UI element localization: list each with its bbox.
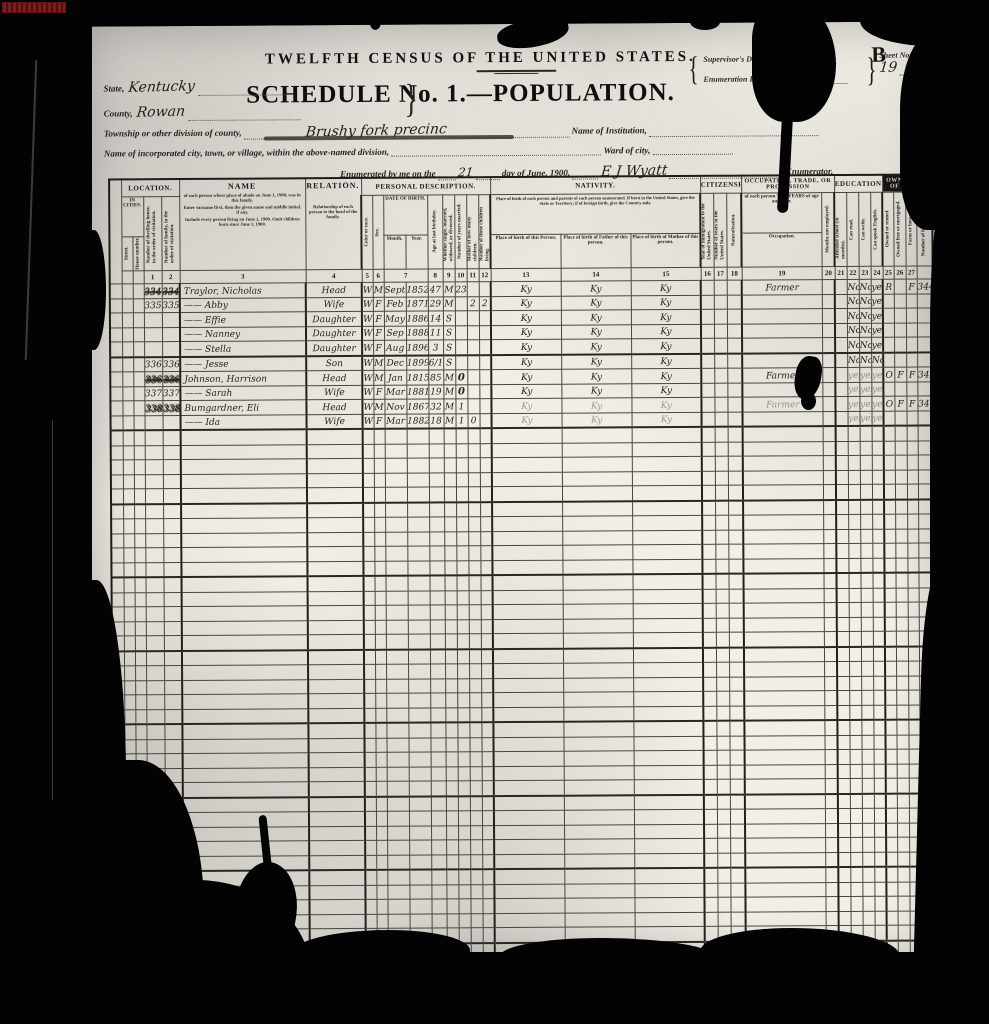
cell-living xyxy=(481,619,493,634)
cell-owned xyxy=(887,925,898,940)
cell-sex: F xyxy=(373,297,384,312)
cell-pob xyxy=(493,693,563,708)
cell-street xyxy=(124,578,135,593)
cell-street xyxy=(123,416,134,431)
cell-yrs_married xyxy=(456,473,468,488)
cell-naturalization xyxy=(730,750,745,765)
cell-yrs_us xyxy=(717,780,730,795)
cell-school xyxy=(837,632,849,647)
cell-color: W xyxy=(362,312,373,327)
cell-year xyxy=(408,634,430,649)
cell-free_mortgaged xyxy=(896,558,908,573)
cell-age xyxy=(430,605,445,620)
cell-dwelling xyxy=(144,327,162,342)
cell-month xyxy=(387,796,409,811)
cell-living xyxy=(482,752,494,767)
cell-living xyxy=(483,913,495,928)
cell-free_mortgaged: F xyxy=(895,396,907,411)
cell-owned xyxy=(883,323,894,338)
cell-pob xyxy=(492,472,562,487)
cell-school xyxy=(837,676,849,691)
cell-occupation xyxy=(745,809,825,824)
cell-school xyxy=(838,867,850,882)
cell-owned xyxy=(887,911,898,926)
cell-owned xyxy=(886,720,897,735)
cell-mother xyxy=(469,693,481,708)
cell-pob_mother xyxy=(633,633,703,648)
cell-pob_mother: Ky xyxy=(631,295,701,310)
cell-name xyxy=(181,518,307,533)
column-number: 2 xyxy=(162,271,180,284)
column-number: 4 xyxy=(306,270,362,283)
cell-family: 336 xyxy=(162,372,180,387)
cell-year xyxy=(408,723,430,738)
cell-dwelling xyxy=(146,636,164,651)
cell-family: 337 xyxy=(162,386,180,401)
column-number: 22 xyxy=(847,267,859,280)
cell-marital xyxy=(445,591,457,606)
cell-free_mortgaged xyxy=(897,764,909,779)
cell-color xyxy=(363,488,374,503)
cell-age: 3 xyxy=(428,340,443,355)
cell-mother xyxy=(467,399,479,414)
cell-living xyxy=(479,384,491,399)
cell-color xyxy=(364,694,375,709)
cell-street xyxy=(123,563,134,578)
cell-month: Jan xyxy=(384,370,406,385)
cell-living xyxy=(480,517,492,532)
cell-yrs_us xyxy=(716,604,729,619)
cell-relation xyxy=(307,473,363,488)
column-number: 27 xyxy=(906,266,917,279)
cell-street xyxy=(123,475,134,490)
cell-owned xyxy=(884,529,895,544)
cell-pob xyxy=(494,854,564,869)
cell-color xyxy=(365,870,376,885)
cell-color xyxy=(365,797,376,812)
cell-name: Johnson, Harrison xyxy=(180,371,306,386)
cell-color xyxy=(364,723,375,738)
cell-month xyxy=(386,605,408,620)
cell-occupation xyxy=(743,485,823,500)
cell-yrs_us xyxy=(714,310,727,325)
cell-marital: M xyxy=(443,399,455,414)
cell-farm_house xyxy=(908,676,919,691)
cell-write: No xyxy=(859,323,871,338)
cell-relation xyxy=(309,738,365,753)
cell-read: yes xyxy=(848,382,860,397)
cell-marital xyxy=(446,840,458,855)
cell-read xyxy=(849,691,861,706)
cell-mother xyxy=(469,620,481,635)
column-number: 13 xyxy=(491,269,561,282)
cell-pob_mother xyxy=(635,898,705,913)
cell-immigration xyxy=(703,618,716,633)
group-personal: PERSONAL DESCRIPTION. xyxy=(361,177,490,195)
cell-months_not_employed xyxy=(824,691,837,706)
cell-pob_mother xyxy=(632,530,702,545)
cell-color xyxy=(365,782,376,797)
cell-school xyxy=(837,558,849,573)
cell-immigration xyxy=(703,692,716,707)
cell-relation: Daughter xyxy=(306,312,362,327)
cell-free_mortgaged xyxy=(898,882,910,897)
cell-living xyxy=(483,928,495,943)
cell-write xyxy=(863,897,875,912)
cell-months_not_employed xyxy=(823,515,836,530)
col-pob-father: Place of birth of Father of this person. xyxy=(561,234,631,269)
cell-pob_father xyxy=(563,590,633,605)
col-free: Owned free or mortgaged. xyxy=(897,201,903,258)
cell-relation: Head xyxy=(306,371,362,386)
cell-naturalization xyxy=(728,427,743,442)
cell-owned xyxy=(886,867,897,882)
cell-year xyxy=(408,620,430,635)
cell-pob xyxy=(493,664,563,679)
cell-school xyxy=(839,882,851,897)
cell-free_mortgaged xyxy=(894,294,906,309)
cell-month xyxy=(386,649,408,664)
cell-relation xyxy=(307,429,363,444)
cell-name xyxy=(182,724,308,740)
cell-owned xyxy=(885,646,896,661)
cell-age xyxy=(430,620,445,635)
cell-free_mortgaged: F xyxy=(894,367,906,382)
cell-living xyxy=(482,796,494,811)
cell-pob xyxy=(492,531,562,546)
cell-pob xyxy=(495,913,565,928)
cell-school xyxy=(835,353,847,368)
column-number: 20 xyxy=(822,267,835,280)
cell-pob_father xyxy=(563,619,633,634)
cell-yrs_us xyxy=(717,736,730,751)
cell-marital: M xyxy=(443,385,455,400)
cell-naturalization xyxy=(730,824,745,839)
cell-months_not_employed xyxy=(822,294,835,309)
cell-month xyxy=(385,517,407,532)
cell-english xyxy=(874,779,886,794)
cell-school xyxy=(836,515,848,530)
cell-marital xyxy=(444,444,456,459)
cell-year xyxy=(407,502,429,517)
cell-pob_father xyxy=(564,869,634,884)
cell-pob_father xyxy=(564,766,634,781)
cell-farm_house xyxy=(907,529,918,544)
cell-free_mortgaged xyxy=(897,735,909,750)
cell-age xyxy=(429,502,444,517)
cell-pob_father xyxy=(565,898,635,913)
cell-write xyxy=(862,867,874,882)
cell-marital xyxy=(446,781,458,796)
cell-owned xyxy=(886,823,897,838)
cell-sex xyxy=(376,797,387,812)
cell-pob_mother xyxy=(632,427,702,442)
cell-sex xyxy=(374,473,385,488)
cell-age xyxy=(431,826,446,841)
cell-read xyxy=(848,485,860,500)
cell-family xyxy=(163,415,181,430)
cell-occupation xyxy=(743,544,823,559)
film-scratch-2 xyxy=(52,420,53,800)
cell-dwelling xyxy=(145,445,163,460)
cell-yrs_us xyxy=(715,442,728,457)
cell-owned xyxy=(883,352,894,367)
cell-color xyxy=(364,708,375,723)
cell-naturalization xyxy=(730,765,745,780)
cell-sex: M xyxy=(373,356,384,371)
cell-relation xyxy=(310,914,366,929)
cell-marital xyxy=(445,723,457,738)
cell-write: No xyxy=(859,338,871,353)
cell-family xyxy=(162,327,180,342)
cell-dwelling xyxy=(146,577,164,592)
column-number: 15 xyxy=(631,268,701,281)
cell-name: Bumgardner, Eli xyxy=(180,400,306,415)
cell-relation xyxy=(309,767,365,782)
cell-yrs_married xyxy=(456,517,468,532)
cell-farm_house xyxy=(908,631,919,646)
cell-occupation xyxy=(744,705,824,720)
county-label: County, xyxy=(104,108,133,118)
cell-yrs_married xyxy=(458,767,470,782)
cell-pob_mother xyxy=(634,721,704,736)
cell-english: yes xyxy=(871,309,883,324)
cell-occupation xyxy=(744,573,824,588)
cell-read xyxy=(848,470,860,485)
cell-sex xyxy=(374,429,385,444)
cell-occupation xyxy=(743,529,823,544)
cell-family xyxy=(163,489,181,504)
cell-age xyxy=(431,781,446,796)
col-color: Color or race. xyxy=(364,217,370,248)
cell-year xyxy=(410,899,432,914)
cell-marital xyxy=(446,826,458,841)
cell-english: No xyxy=(871,353,883,368)
cell-naturalization xyxy=(729,574,744,589)
city-line: Name of incorporated city, town, or vill… xyxy=(104,143,733,159)
cell-pob_father: Ky xyxy=(561,310,631,325)
cell-mother xyxy=(471,914,483,929)
cell-free_mortgaged xyxy=(898,896,910,911)
cell-pob xyxy=(492,546,562,561)
cell-street xyxy=(123,534,134,549)
cell-months_not_employed xyxy=(822,338,835,353)
cell-color xyxy=(366,914,377,929)
cell-family xyxy=(163,504,181,519)
cell-sex xyxy=(375,606,386,621)
cell-yrs_married xyxy=(456,444,468,459)
cell-pob_mother xyxy=(635,883,705,898)
cell-free_mortgaged xyxy=(895,382,907,397)
cell-owned xyxy=(887,882,898,897)
cell-owned xyxy=(884,484,895,499)
cell-english: yes xyxy=(872,382,884,397)
cell-owned xyxy=(885,543,896,558)
cell-free_mortgaged xyxy=(895,411,907,426)
cell-write xyxy=(860,441,872,456)
cell-months_not_employed xyxy=(825,750,838,765)
cell-pob: Ky xyxy=(491,370,561,385)
cell-sex: M xyxy=(373,283,384,298)
cell-relation xyxy=(308,665,364,680)
cell-school xyxy=(838,750,850,765)
cell-dwelling xyxy=(146,666,164,681)
cell-school xyxy=(838,852,850,867)
cell-dwelling xyxy=(146,724,164,739)
cell-months_not_employed xyxy=(824,705,837,720)
cell-read xyxy=(850,750,862,765)
cell-naturalization xyxy=(727,295,742,310)
cell-mother xyxy=(468,487,480,502)
cell-pob_mother xyxy=(632,457,702,472)
cell-family xyxy=(163,430,181,445)
cell-english xyxy=(873,662,885,677)
cell-farm_house xyxy=(907,382,918,397)
cell-write: yes xyxy=(860,397,872,412)
cell-school xyxy=(835,309,847,324)
cell-street xyxy=(124,651,135,666)
cell-write xyxy=(861,617,873,632)
cell-dwelling xyxy=(146,607,164,622)
cell-immigration xyxy=(705,883,718,898)
cell-farm_house xyxy=(908,617,919,632)
cell-naturalization xyxy=(729,589,744,604)
cell-marital: S xyxy=(443,355,455,370)
cell-english xyxy=(874,838,886,853)
cell-yrs_married xyxy=(456,429,468,444)
cell-month xyxy=(385,429,407,444)
cell-read xyxy=(849,588,861,603)
bottom-tear-2 xyxy=(500,938,720,978)
cell-yrs_married xyxy=(458,855,470,870)
cell-yrs_us xyxy=(717,721,730,736)
cell-relation xyxy=(308,679,364,694)
cell-name xyxy=(181,533,307,548)
cell-free_mortgaged xyxy=(896,690,908,705)
cell-yrs_us xyxy=(717,853,730,868)
cell-sex xyxy=(375,694,386,709)
cell-living xyxy=(481,634,493,649)
cell-free_mortgaged xyxy=(896,617,908,632)
cell-name xyxy=(183,739,309,754)
cell-free_mortgaged xyxy=(896,588,908,603)
cell-dwelling xyxy=(146,680,164,695)
cell-mother xyxy=(469,634,481,649)
cell-name xyxy=(181,459,307,474)
cell-immigration xyxy=(701,354,714,369)
cell-pob: Ky xyxy=(491,282,561,297)
cell-color xyxy=(363,444,374,459)
cell-farm_house: F xyxy=(906,367,917,382)
cell-month: May xyxy=(384,311,406,326)
cell-sex xyxy=(375,679,386,694)
cell-write xyxy=(861,632,873,647)
cell-naturalization xyxy=(729,691,744,706)
cell-sex xyxy=(377,914,388,929)
cell-month xyxy=(385,532,407,547)
cell-occupation xyxy=(744,617,824,632)
cell-house xyxy=(135,681,146,696)
cell-house xyxy=(135,666,146,681)
cell-house xyxy=(135,636,146,651)
cell-owned: O xyxy=(883,367,894,382)
cell-yrs_married xyxy=(457,634,469,649)
cell-pob_mother xyxy=(633,574,703,589)
cell-house xyxy=(133,313,144,328)
cell-pob xyxy=(493,707,563,722)
cell-color xyxy=(363,561,374,576)
cell-sex xyxy=(376,753,387,768)
cell-month xyxy=(386,591,408,606)
cell-owned xyxy=(885,602,896,617)
cell-street xyxy=(122,328,133,343)
cell-dwelling xyxy=(145,504,163,519)
cell-pob_mother xyxy=(634,795,704,810)
cell-mother xyxy=(467,385,479,400)
cell-english: yes xyxy=(871,338,883,353)
cell-mother xyxy=(467,282,479,297)
cell-dwelling xyxy=(146,592,164,607)
cell-pob xyxy=(494,752,564,767)
cell-sex xyxy=(376,826,387,841)
cell-free_mortgaged xyxy=(898,911,910,926)
cell-yrs_married xyxy=(458,870,470,885)
cell-sex xyxy=(376,782,387,797)
cell-yrs_married xyxy=(457,576,469,591)
cell-owned xyxy=(886,764,897,779)
cell-farm_house xyxy=(908,573,919,588)
cell-mother xyxy=(470,840,482,855)
cell-read: yes xyxy=(847,368,859,383)
cell-naturalization xyxy=(729,603,744,618)
cell-mother xyxy=(470,796,482,811)
cell-yrs_us xyxy=(715,486,728,501)
cell-mother xyxy=(467,326,479,341)
cell-school xyxy=(837,617,849,632)
cell-living xyxy=(480,502,492,517)
cell-age: 11 xyxy=(428,326,443,341)
cell-year xyxy=(409,840,431,855)
cell-month xyxy=(387,767,409,782)
cell-immigration xyxy=(702,457,715,472)
cell-occupation xyxy=(744,588,824,603)
cell-months_not_employed xyxy=(825,852,838,867)
column-number: 7 xyxy=(384,269,428,282)
cell-living xyxy=(482,869,494,884)
cell-school xyxy=(835,294,847,309)
cell-living xyxy=(480,560,492,575)
cell-occupation xyxy=(745,823,825,838)
cell-pob_mother: Ky xyxy=(631,281,701,296)
cell-english: yes xyxy=(871,368,883,383)
cell-house xyxy=(135,710,146,725)
cell-naturalization xyxy=(730,779,745,794)
cell-sex xyxy=(376,812,387,827)
cell-name xyxy=(183,812,309,827)
cell-age xyxy=(430,708,445,723)
column-number: 3 xyxy=(180,270,306,284)
cell-write xyxy=(862,809,874,824)
cell-read: No xyxy=(847,280,859,295)
cell-dwelling: 337 xyxy=(144,386,162,401)
cell-immigration xyxy=(704,810,717,825)
cell-year: 1896 xyxy=(406,340,428,355)
cell-name xyxy=(182,606,308,621)
cell-year xyxy=(409,855,431,870)
cell-mother xyxy=(468,444,480,459)
column-number: 25 xyxy=(883,266,894,279)
cell-pob_father: Ky xyxy=(561,354,631,369)
